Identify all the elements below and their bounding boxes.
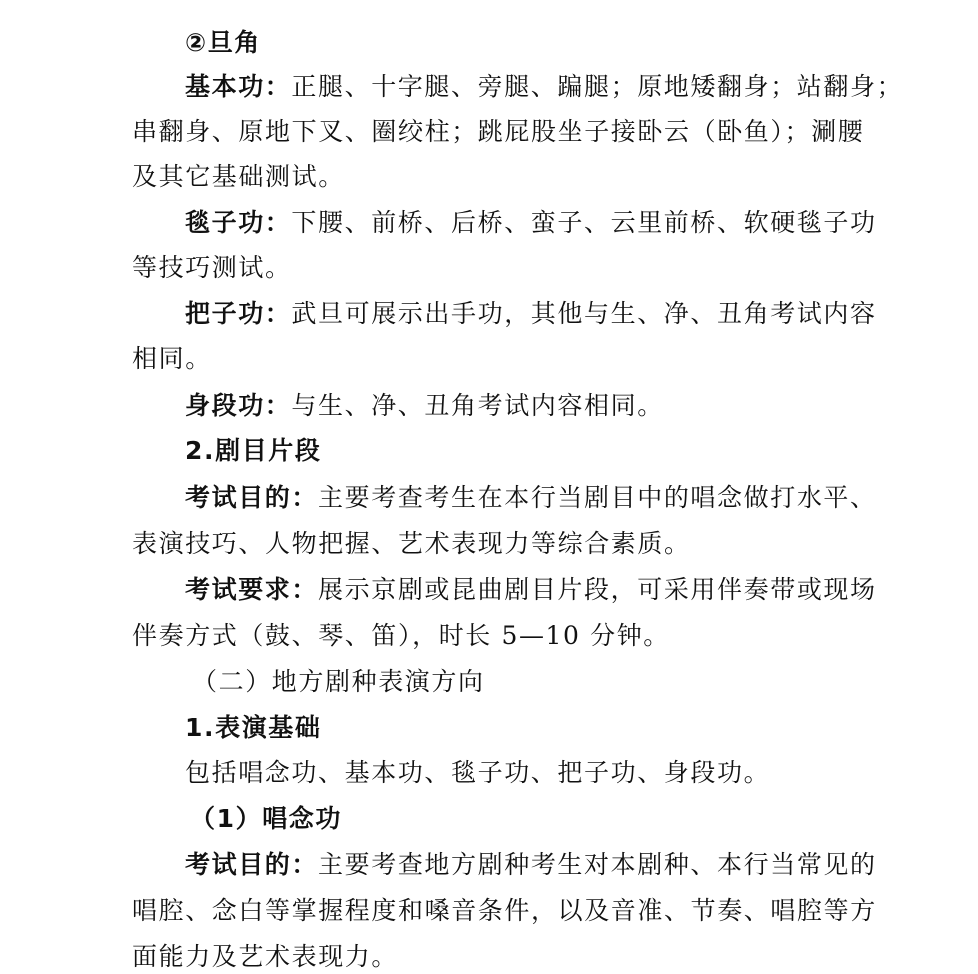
text-line: 与生、净、丑角考试内容相同。: [291, 391, 663, 420]
text-line: 等技巧测试。: [132, 253, 292, 283]
paragraph-shenduangong: 身段功：与生、净、丑角考试内容相同。: [185, 391, 664, 421]
paragraph-jumu-requirement: 考试要求：展示京剧或昆曲剧目片段，可采用伴奏带或现场: [185, 575, 860, 605]
section-heading-biaoyan: 1.表演基础: [185, 713, 322, 743]
label-tanzigong: 毯子功：: [185, 208, 291, 237]
text-line: 主要考查地方剧种考生对本剧种、本行当常见的: [318, 850, 877, 879]
section-heading-difang: （二）地方剧种表演方向: [192, 667, 485, 697]
text-line: 及其它基础测试。: [132, 162, 345, 192]
paragraph-biaoyan: 包括唱念功、基本功、毯子功、把子功、身段功。: [185, 758, 770, 788]
label-purpose: 考试目的：: [185, 483, 318, 512]
text-line: 面能力及艺术表现力。: [132, 942, 398, 972]
text-line: 下腰、前桥、后桥、蛮子、云里前桥、软硬毯子功: [291, 208, 876, 237]
section-heading-dan: ②旦角: [185, 28, 261, 58]
text-line: 展示京剧或昆曲剧目片段，可采用伴奏带或现场: [318, 575, 877, 604]
text-line: 串翻身、原地下叉、圈绞柱；跳屁股坐子接卧云（卧鱼）；涮腰: [132, 117, 860, 147]
paragraph-jumu-purpose: 考试目的：主要考查考生在本行当剧目中的唱念做打水平、: [185, 483, 860, 513]
label-requirement: 考试要求：: [185, 575, 318, 604]
label-purpose: 考试目的：: [185, 850, 318, 879]
paragraph-bazigong: 把子功：武旦可展示出手功，其他与生、净、丑角考试内容: [185, 299, 860, 329]
section-heading-jumu: 2.剧目片段: [185, 436, 322, 466]
text-line: 相同。: [132, 344, 212, 374]
label-jibengong: 基本功：: [185, 72, 291, 101]
text-line: 伴奏方式（鼓、琴、笛），时长 5—10 分钟。: [132, 621, 670, 651]
label-shenduangong: 身段功：: [185, 391, 291, 420]
text-line: 武旦可展示出手功，其他与生、净、丑角考试内容: [291, 299, 876, 328]
paragraph-changnian-purpose: 考试目的：主要考查地方剧种考生对本剧种、本行当常见的: [185, 850, 860, 880]
text-line: 主要考查考生在本行当剧目中的唱念做打水平、: [318, 483, 877, 512]
section-heading-changnian: （1）唱念功: [190, 804, 342, 834]
text-line: 表演技巧、人物把握、艺术表现力等综合素质。: [132, 529, 691, 559]
paragraph-tanzigong: 毯子功：下腰、前桥、后桥、蛮子、云里前桥、软硬毯子功: [185, 208, 860, 238]
text-line: 正腿、十字腿、旁腿、蹁腿；原地矮翻身；站翻身；: [291, 72, 903, 101]
paragraph-jibengong: 基本功：正腿、十字腿、旁腿、蹁腿；原地矮翻身；站翻身；: [185, 72, 860, 102]
label-bazigong: 把子功：: [185, 299, 291, 328]
text-line: 唱腔、念白等掌握程度和嗓音条件，以及音准、节奏、唱腔等方: [132, 896, 860, 926]
